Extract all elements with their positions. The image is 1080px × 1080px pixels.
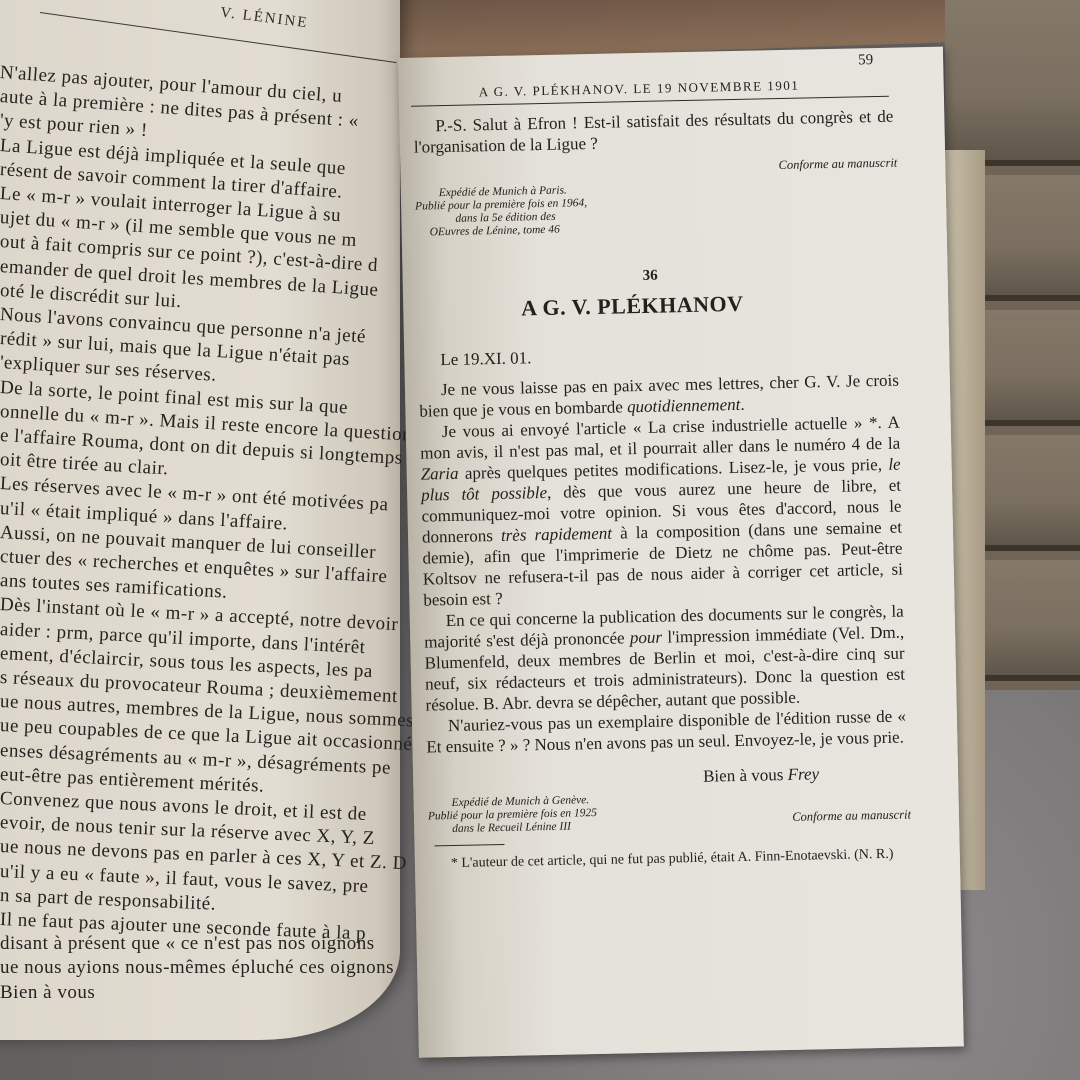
signature: Bien à vous Frey	[703, 764, 819, 786]
document-number: 36	[642, 268, 657, 285]
header-rule	[40, 12, 397, 63]
footnote-rule	[434, 844, 504, 846]
footnote: * L'auteur de cet article, qui ne fut pa…	[429, 845, 909, 872]
signature-name: Frey	[787, 764, 819, 784]
running-header: V. LÉNINE	[219, 5, 309, 33]
conforme-note: Conforme au manuscrit	[778, 156, 897, 173]
postscript: P.-S. Salut à Efron ! Est-il satisfait d…	[413, 106, 894, 158]
dispatch-note: Expédié de Munich à Paris. Publié pour l…	[415, 182, 676, 239]
emphasis-text: pour	[630, 628, 663, 648]
text-line: Bien à vous	[0, 982, 95, 1004]
page-number: 59	[858, 52, 873, 69]
letter-body: Je ne vous laisse pas en paix avec mes l…	[419, 370, 907, 758]
dispatch-note: Expédié de Munich à Genève. Publié pour …	[427, 792, 688, 836]
document-title: A G. V. PLÉKHANOV	[521, 291, 744, 322]
book-spine	[945, 0, 1080, 166]
text-run: N'auriez-vous pas un exemplaire disponib…	[426, 707, 906, 757]
ps-text: P.-S. Salut à Efron ! Est-il satisfait d…	[413, 106, 894, 158]
text-line: ue nous ayions nous-mêmes épluché ces oi…	[0, 957, 394, 979]
signature-prefix: Bien à vous	[703, 765, 788, 786]
emphasis-text: quotidiennement	[627, 395, 741, 416]
running-header: A G. V. PLÉKHANOV. LE 19 NOVEMBRE 1901	[479, 78, 800, 101]
footnote-text: * L'auteur de cet article, qui ne fut pa…	[429, 845, 909, 872]
letter-paragraph: Je vous ai envoyé l'article « La crise i…	[420, 412, 904, 611]
letter-paragraph: N'auriez-vous pas un exemplaire disponib…	[426, 706, 907, 758]
left-page: V. LÉNINE N'allez pas ajouter, pour l'am…	[0, 0, 400, 1040]
date-text: Le 19.XI. 01.	[418, 340, 898, 371]
right-page: 59 A G. V. PLÉKHANOV. LE 19 NOVEMBRE 190…	[398, 47, 964, 1058]
conforme-note: Conforme au manuscrit	[792, 807, 911, 824]
emphasis-text: Zaria	[421, 464, 459, 484]
letter-paragraph: En ce qui concerne la publication des do…	[424, 601, 906, 716]
emphasis-text: très rapidement	[501, 524, 612, 545]
text-run: .	[740, 395, 745, 414]
letter-date: Le 19.XI. 01.	[418, 340, 898, 371]
text-line: disant à présent que « ce n'est pas nos …	[0, 933, 375, 955]
